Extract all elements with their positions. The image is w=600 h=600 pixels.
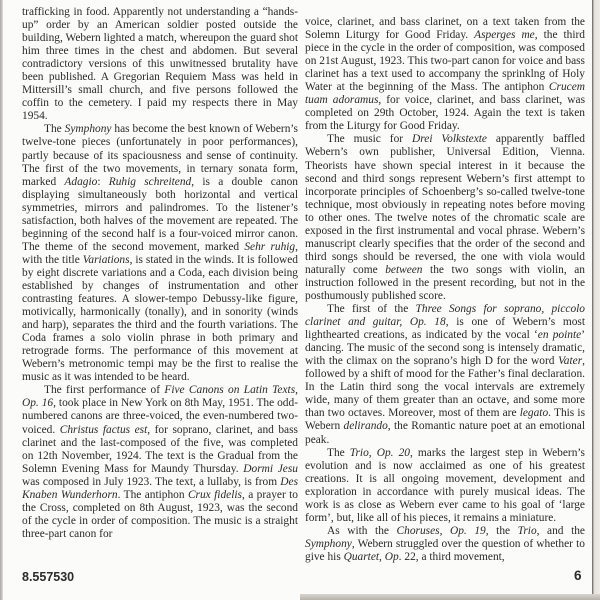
italic-title: Quartet <box>344 551 379 563</box>
text-run: was composed in July 1923. The text, a l… <box>22 476 280 488</box>
italic-title: Christus factus est <box>60 424 148 436</box>
italic-title: Op <box>385 551 399 563</box>
italic-title: Op. 19 <box>450 525 486 537</box>
italic-title: Trio <box>518 525 537 537</box>
text-run: apparently baffled Webern’s own publishe… <box>305 133 585 275</box>
italic-title: delirando <box>344 420 388 432</box>
italic-title: legato <box>520 407 548 419</box>
text-run: The music for <box>327 133 412 145</box>
text-run: As with the <box>327 525 397 537</box>
paragraph: voice, clarinet, and bass clarinet, on a… <box>305 16 585 133</box>
italic-title: Symphony <box>305 538 352 550</box>
right-text-column: voice, clarinet, and bass clarinet, on a… <box>305 16 585 564</box>
italic-title: Dormi Jesu <box>243 463 298 475</box>
paragraph: The Trio, Op. 20, marks the largest step… <box>305 447 585 525</box>
text-run: , the <box>486 525 518 537</box>
paragraph: The music for Drei Volkstexte apparently… <box>305 133 585 303</box>
italic-title: Drei Volkstexte <box>412 133 487 145</box>
italic-title: Symphony <box>65 123 112 135</box>
text-run: . The antiphon <box>118 489 188 501</box>
text-run: . 22, a third movement, <box>399 551 505 563</box>
page-number: 6 <box>574 568 582 583</box>
text-run: The <box>327 447 350 459</box>
text-run: trafficking in food. Apparently not unde… <box>22 6 298 122</box>
text-run: The <box>44 123 65 135</box>
italic-title: Variations <box>83 254 130 266</box>
booklet-page: trafficking in food. Apparently not unde… <box>0 0 600 600</box>
text-run: : <box>97 176 108 188</box>
italic-title: between <box>385 264 422 276</box>
italic-title: Vater <box>558 355 582 367</box>
text-run: The first of the <box>327 303 416 315</box>
italic-title: en pointe <box>538 329 581 341</box>
text-run: , is stated in the winds. It is followed… <box>22 254 298 383</box>
page-right-edge <box>592 0 600 600</box>
paragraph: The Symphony has become the best known o… <box>22 123 298 384</box>
catalogue-number: 8.557530 <box>22 570 74 584</box>
italic-title: Trio <box>350 447 369 459</box>
italic-title: Choruses <box>397 525 440 537</box>
italic-title: Sehr ruhig <box>244 241 295 253</box>
paragraph: The first performance of Five Canons on … <box>22 384 298 541</box>
paragraph: The first of the Three Songs for soprano… <box>305 303 585 447</box>
text-run: , <box>440 525 450 537</box>
page-bottom-shadow <box>300 594 600 600</box>
text-run: , and the <box>537 525 585 537</box>
italic-title: Op. 20 <box>377 447 410 459</box>
text-run: , <box>369 447 377 459</box>
italic-title: Crux fidelis <box>188 489 242 501</box>
italic-title: Ruhig schreitend <box>109 176 192 188</box>
paragraph: As with the Choruses, Op. 19, the Trio, … <box>305 525 585 564</box>
italic-title: Adagio <box>64 176 97 188</box>
italic-title: Asperges me <box>474 29 535 41</box>
text-run: The first performance of <box>44 384 164 396</box>
left-text-column: trafficking in food. Apparently not unde… <box>22 6 298 541</box>
paragraph: trafficking in food. Apparently not unde… <box>22 6 298 123</box>
page-left-edge <box>0 0 3 600</box>
